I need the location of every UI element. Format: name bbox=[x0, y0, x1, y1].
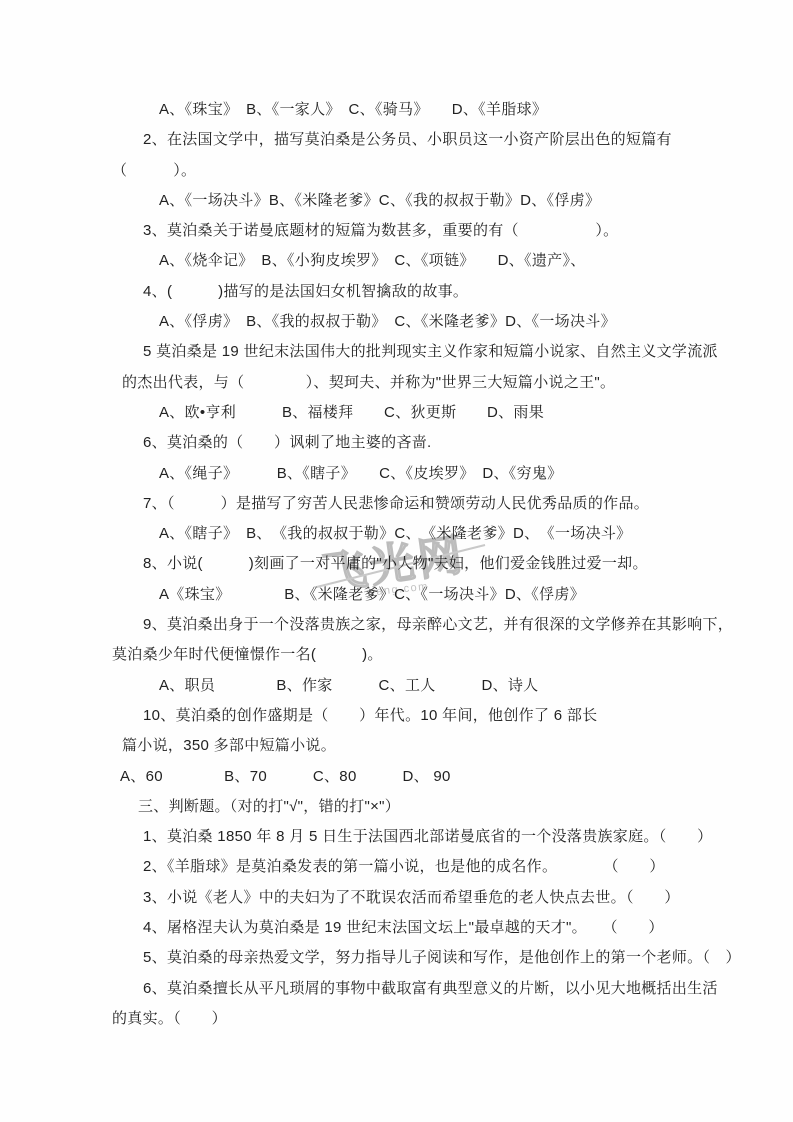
document-line: A《珠宝》 B、《米隆老爹》C、《一场决斗》D、《俘虏》 bbox=[112, 580, 712, 610]
document-line: 3、莫泊桑关于诺曼底题材的短篇为数甚多，重要的有（ ）。 bbox=[112, 216, 712, 246]
document-line: A、《珠宝》 B、《一家人》 C、《骑马》 D、《羊脂球》 bbox=[112, 95, 712, 125]
document-line: 莫泊桑少年时代便憧憬作一名( )。 bbox=[112, 640, 712, 670]
document-line: 篇小说，350 多部中短篇小说。 bbox=[112, 731, 712, 761]
document-line: 2、在法国文学中，描写莫泊桑是公务员、小职员这一小资产阶层出色的短篇有 bbox=[112, 125, 712, 155]
document-line: 三、判断题。（对的打"√"，错的打"×"） bbox=[112, 792, 712, 822]
document-page: 飞光网 wang.com A、《珠宝》 B、《一家人》 C、《骑马》 D、《羊脂… bbox=[0, 0, 793, 1122]
document-line: A、职员 B、作家 C、工人 D、诗人 bbox=[112, 671, 712, 701]
document-line: A、《烧伞记》 B、《小狗皮埃罗》 C、《项链》 D、《遗产》、 bbox=[112, 246, 712, 276]
document-line: 的真实。（ ） bbox=[112, 1004, 712, 1034]
document-line: 2、《羊脂球》是莫泊桑发表的第一篇小说，也是他的成名作。 （ ） bbox=[112, 852, 712, 882]
document-line: A、《瞎子》 B、 《我的叔叔于勒》C、 《米隆老爹》D、 《一场决斗》 bbox=[112, 519, 712, 549]
document-line: A、《俘虏》 B、《我的叔叔于勒》 C、《米隆老爹》D、《一场决斗》 bbox=[112, 307, 712, 337]
document-body: A、《珠宝》 B、《一家人》 C、《骑马》 D、《羊脂球》2、在法国文学中，描写… bbox=[112, 95, 712, 1034]
document-line: 5、莫泊桑的母亲热爱文学，努力指导儿子阅读和写作，是他创作上的第一个老师。（ ） bbox=[112, 943, 712, 973]
document-line: 的杰出代表，与（ ）、契珂夫、并称为"世界三大短篇小说之王"。 bbox=[112, 368, 712, 398]
document-line: A、《一场决斗》B、《米隆老爹》C、《我的叔叔于勒》D、《俘虏》 bbox=[112, 186, 712, 216]
document-line: 9、莫泊桑出身于一个没落贵族之家，母亲醉心文艺，并有很深的文学修养在其影响下， bbox=[112, 610, 712, 640]
document-line: 7、（ ）是描写了穷苦人民悲惨命运和赞颂劳动人民优秀品质的作品。 bbox=[112, 489, 712, 519]
document-line: A、《绳子》 B、《瞎子》 C、《皮埃罗》 D、《穷鬼》 bbox=[112, 459, 712, 489]
document-line: 5 莫泊桑是 19 世纪末法国伟大的批判现实主义作家和短篇小说家、自然主义文学流… bbox=[112, 337, 712, 367]
document-line: （ ）。 bbox=[112, 156, 712, 186]
document-line: 10、莫泊桑的创作盛期是（ ）年代。10 年间，他创作了 6 部长 bbox=[112, 701, 712, 731]
document-line: 4、( )描写的是法国妇女机智擒敌的故事。 bbox=[112, 277, 712, 307]
document-line: 3、小说《老人》中的夫妇为了不耽误农活而希望垂危的老人快点去世。（ ） bbox=[112, 883, 712, 913]
document-line: 8、小说( )刻画了一对平庸的"小人物"夫妇，他们爱金钱胜过爱一却。 bbox=[112, 549, 712, 579]
document-line: 6、莫泊桑的（ ）讽刺了地主婆的吝啬. bbox=[112, 428, 712, 458]
document-line: A、60 B、70 C、80 D、 90 bbox=[112, 762, 712, 792]
document-line: A、欧•亨利 B、福楼拜 C、狄更斯 D、雨果 bbox=[112, 398, 712, 428]
document-line: 1、莫泊桑 1850 年 8 月 5 日生于法国西北部诺曼底省的一个没落贵族家庭… bbox=[112, 822, 712, 852]
document-line: 6、莫泊桑擅长从平凡琐屑的事物中截取富有典型意义的片断，以小见大地概括出生活 bbox=[112, 974, 712, 1004]
document-line: 4、屠格涅夫认为莫泊桑是 19 世纪末法国文坛上"最卓越的天才"。 （ ） bbox=[112, 913, 712, 943]
